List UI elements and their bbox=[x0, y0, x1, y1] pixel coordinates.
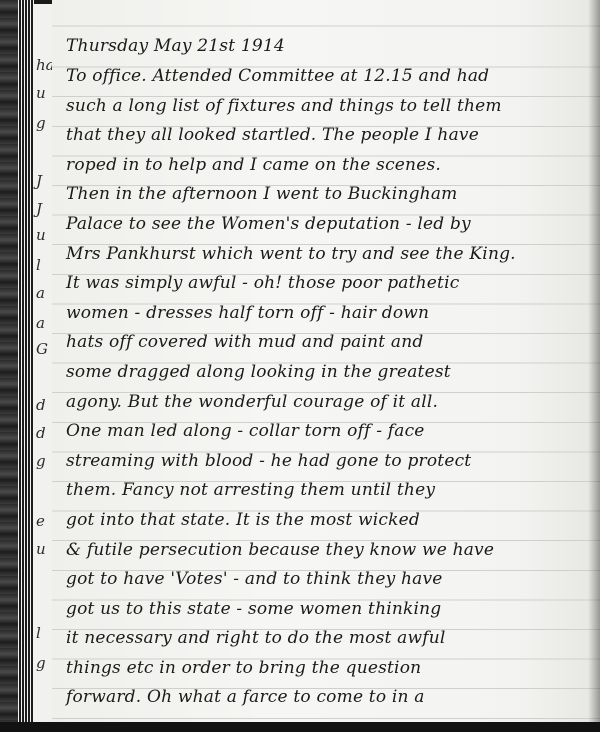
text-line: To office. Attended Committee at 12.15 a… bbox=[66, 62, 516, 92]
text-line: agony. But the wonderful courage of it a… bbox=[66, 388, 516, 418]
margin-fragment: e bbox=[36, 512, 45, 530]
text-line: things etc in order to bring the questio… bbox=[66, 654, 516, 684]
margin-fragment: d bbox=[36, 396, 46, 414]
text-line: got into that state. It is the most wick… bbox=[66, 506, 516, 536]
margin-fragment: l bbox=[36, 256, 41, 274]
text-line: roped in to help and I came on the scene… bbox=[66, 151, 516, 181]
text-line: that they all looked startled. The peopl… bbox=[66, 121, 516, 151]
text-line: Mrs Pankhurst which went to try and see … bbox=[66, 240, 516, 270]
margin-fragment: a bbox=[36, 314, 45, 332]
text-line: hats off covered with mud and paint and bbox=[66, 328, 516, 358]
text-line: got us to this state - some women thinki… bbox=[66, 595, 516, 625]
text-line: It was simply awful - oh! those poor pat… bbox=[66, 269, 516, 299]
text-line: got to have 'Votes' - and to think they … bbox=[66, 565, 516, 595]
margin-fragment: d bbox=[36, 424, 46, 442]
text-line: Then in the afternoon I went to Buckingh… bbox=[66, 180, 516, 210]
margin-fragment: J bbox=[36, 200, 42, 218]
text-line: such a long list of fixtures and things … bbox=[66, 92, 516, 122]
margin-fragment: J bbox=[36, 172, 42, 190]
margin-fragment: g bbox=[36, 114, 46, 132]
text-line: streaming with blood - he had gone to pr… bbox=[66, 447, 516, 477]
margin-fragment: a bbox=[36, 284, 45, 302]
text-line: women - dresses half torn off - hair dow… bbox=[66, 299, 516, 329]
text-line: & futile persecution because they know w… bbox=[66, 536, 516, 566]
diary-scan: ha u g J J u l a a G d d g e u l g Thurs… bbox=[0, 0, 600, 732]
margin-fragment: u bbox=[36, 540, 46, 558]
diary-page: Thursday May 21st 1914 To office. Attend… bbox=[52, 0, 600, 722]
margin-fragment: g bbox=[36, 654, 46, 672]
margin-fragment: l bbox=[36, 624, 41, 642]
margin-fragment: G bbox=[36, 340, 48, 358]
text-line: Palace to see the Women's deputation - l… bbox=[66, 210, 516, 240]
text-line: One man led along - collar torn off - fa… bbox=[66, 417, 516, 447]
bottom-shadow bbox=[0, 722, 600, 732]
text-line: some dragged along looking in the greate… bbox=[66, 358, 516, 388]
entry-date-heading: Thursday May 21st 1914 bbox=[66, 32, 285, 62]
page-edges bbox=[18, 0, 34, 732]
text-line: it necessary and right to do the most aw… bbox=[66, 624, 516, 654]
margin-fragment: g bbox=[36, 452, 46, 470]
margin-fragment: u bbox=[36, 226, 46, 244]
text-line: forward. Oh what a farce to come to in a bbox=[66, 683, 516, 713]
text-line: them. Fancy not arresting them until the… bbox=[66, 476, 516, 506]
page-shadow bbox=[588, 0, 600, 722]
entry-body: To office. Attended Committee at 12.15 a… bbox=[66, 62, 516, 713]
margin-fragment: u bbox=[36, 84, 46, 102]
